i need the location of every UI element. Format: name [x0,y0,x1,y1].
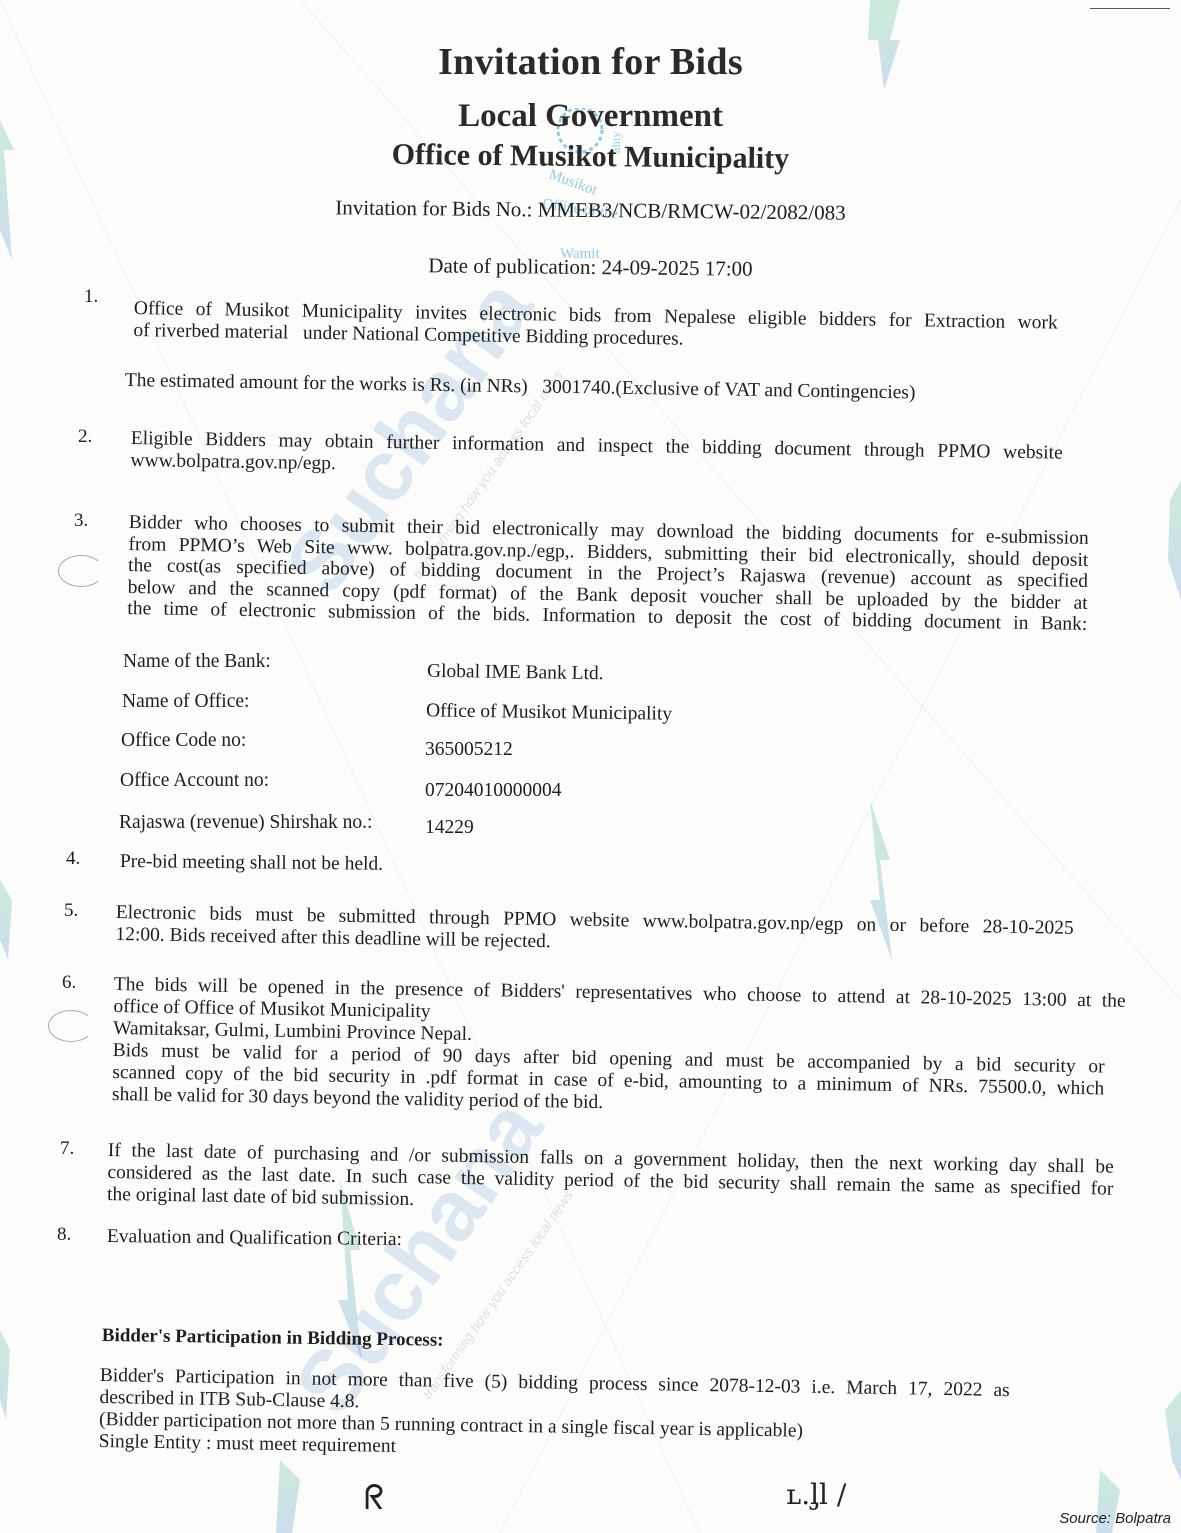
punch-hole-mark [48,1010,94,1042]
item-number: 8. [57,1224,71,1246]
signature-right: ʟ.ᶅl / [786,1478,846,1511]
estimated-amount: The estimated amount for the works is Rs… [125,370,1025,406]
item-6-text: The bids will be opened in the presence … [112,974,1126,1123]
item-number: 2. [78,426,92,448]
item-5-text: Electronic bids must be submitted throug… [115,902,1074,962]
document-title: Invitation for Bids [0,40,1181,84]
item-4-text: Pre-bid meeting shall not be held. [120,851,383,876]
punch-hole-mark [58,555,104,587]
item-number: 5. [64,900,78,922]
bank-info-value: 07204010000004 [425,780,562,802]
item-3-text: Bidder who chooses to submit their bid e… [127,512,1089,635]
participation-text: Bidder's Participation in not more than … [99,1365,1010,1468]
bank-info-label: Office Code no: [121,730,246,752]
bank-info-label: Name of Office: [122,691,249,713]
item-number: 1. [84,286,98,308]
item-1-text: Office of Musikot Municipality invites e… [133,298,1058,357]
participation-heading: Bidder's Participation in Bidding Proces… [102,1325,444,1352]
item-2-text: Eligible Bidders may obtain further info… [130,428,1063,487]
bank-info-value: Office of Musikot Municipality [426,700,672,725]
item-number: 7. [60,1138,74,1160]
top-rule-divider [1090,8,1170,9]
office-name-heading: Office of Musikot Municipality [0,134,1181,180]
document-subtitle: Local Government [0,98,1181,135]
item-number: 4. [66,848,80,870]
bank-info-value: 365005212 [425,739,513,761]
item-number: 3. [74,510,88,532]
item-8-text: Evaluation and Qualification Criteria: [107,1226,402,1251]
bank-info-label: Office Account no: [120,770,269,792]
bank-info-label: Name of the Bank: [123,651,271,673]
source-credit: Source: Bolpatra [1059,1510,1171,1527]
signature-left: ᖇ [364,1478,384,1518]
bank-info-value: Global IME Bank Ltd. [427,661,604,685]
invitation-for-bids-document: Musikot Office of the Wamit ality Invita… [0,0,1181,1533]
item-number: 6. [62,972,76,994]
bank-info-label: Rajaswa (revenue) Shirshak no.: [119,812,372,834]
item-7-text: If the last date of purchasing and /or s… [107,1140,1114,1223]
bank-info-value: 14229 [425,817,474,839]
